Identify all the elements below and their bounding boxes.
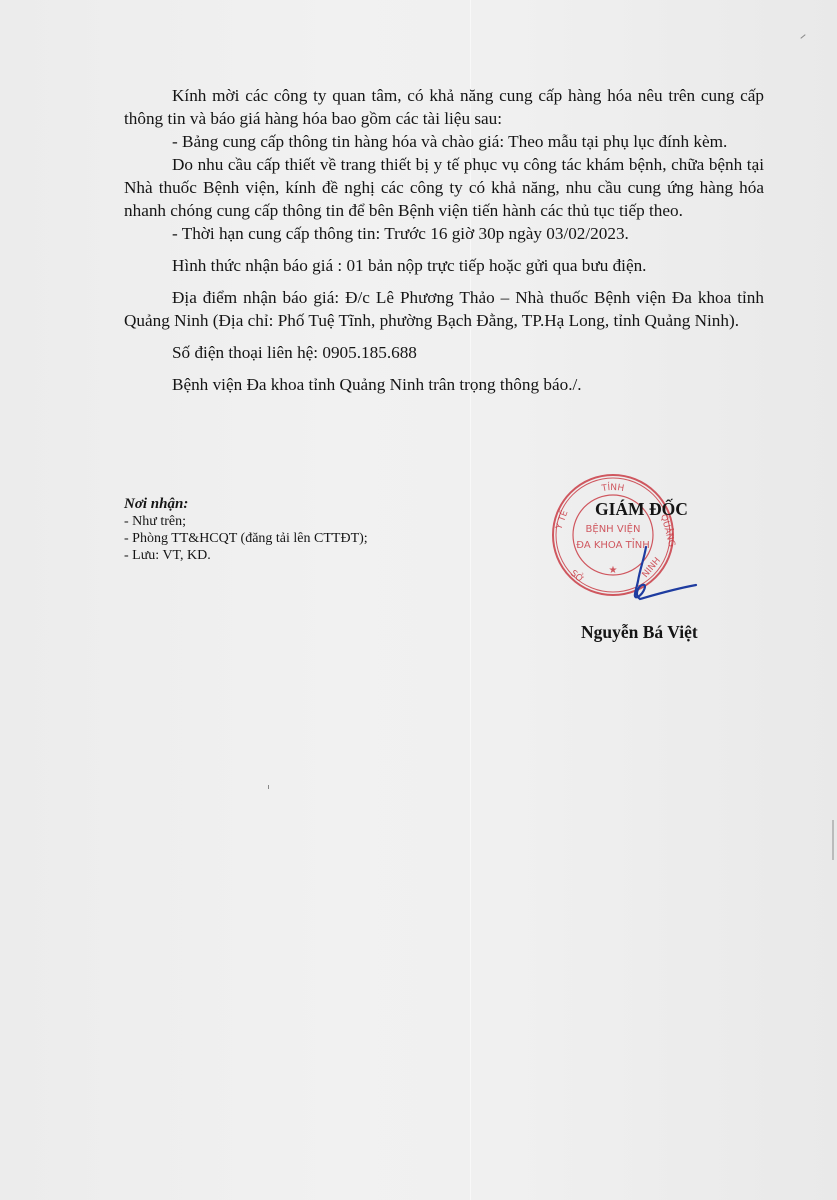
paragraph-deadline: - Thời hạn cung cấp thông tin: Trước 16 … — [124, 222, 764, 245]
letter-body: Kính mời các công ty quan tâm, có khả nă… — [124, 84, 764, 396]
recipient-item: - Phòng TT&HCQT (đăng tải lên CTTĐT); — [124, 530, 368, 547]
paragraph-closing: Bệnh viện Đa khoa tỉnh Quảng Ninh trân t… — [124, 373, 764, 396]
paragraph-location: Địa điểm nhận báo giá: Đ/c Lê Phương Thả… — [124, 286, 764, 332]
paragraph-request: Do nhu cầu cấp thiết về trang thiết bị y… — [124, 153, 764, 222]
recipients-title: Nơi nhận: — [124, 496, 368, 513]
document-page: Kính mời các công ty quan tâm, có khả nă… — [0, 0, 837, 1200]
paragraph-invitation: Kính mời các công ty quan tâm, có khả nă… — [124, 84, 764, 130]
recipient-item: - Lưu: VT, KD. — [124, 547, 368, 564]
recipients-block: Nơi nhận: - Như trên; - Phòng TT&HCQT (đ… — [124, 496, 368, 564]
paragraph-phone: Số điện thoại liên hệ: 0905.185.688 — [124, 341, 764, 364]
svg-text:SỞ: SỞ — [568, 567, 586, 585]
svg-text:★: ★ — [609, 565, 618, 576]
recipient-item: - Như trên; — [124, 513, 368, 530]
scan-speck — [800, 34, 805, 39]
svg-text:TÍNH: TÍNH — [600, 481, 625, 494]
paragraph-quote-form: - Bảng cung cấp thông tin hàng hóa và ch… — [124, 130, 764, 153]
scan-edge-mark — [832, 820, 834, 860]
signature-block: TÍNH Y TẾ QUẢNG NINH SỞ ★ BỆNH VIỆN ĐA K… — [540, 470, 760, 660]
svg-text:BỆNH VIỆN: BỆNH VIỆN — [586, 522, 641, 535]
paragraph-submission-method: Hình thức nhận báo giá : 01 bản nộp trực… — [124, 254, 764, 277]
handwritten-signature-icon — [630, 545, 700, 605]
signer-name: Nguyễn Bá Việt — [581, 622, 698, 643]
scan-speck — [268, 785, 269, 789]
signer-role: GIÁM ĐỐC — [595, 499, 688, 520]
